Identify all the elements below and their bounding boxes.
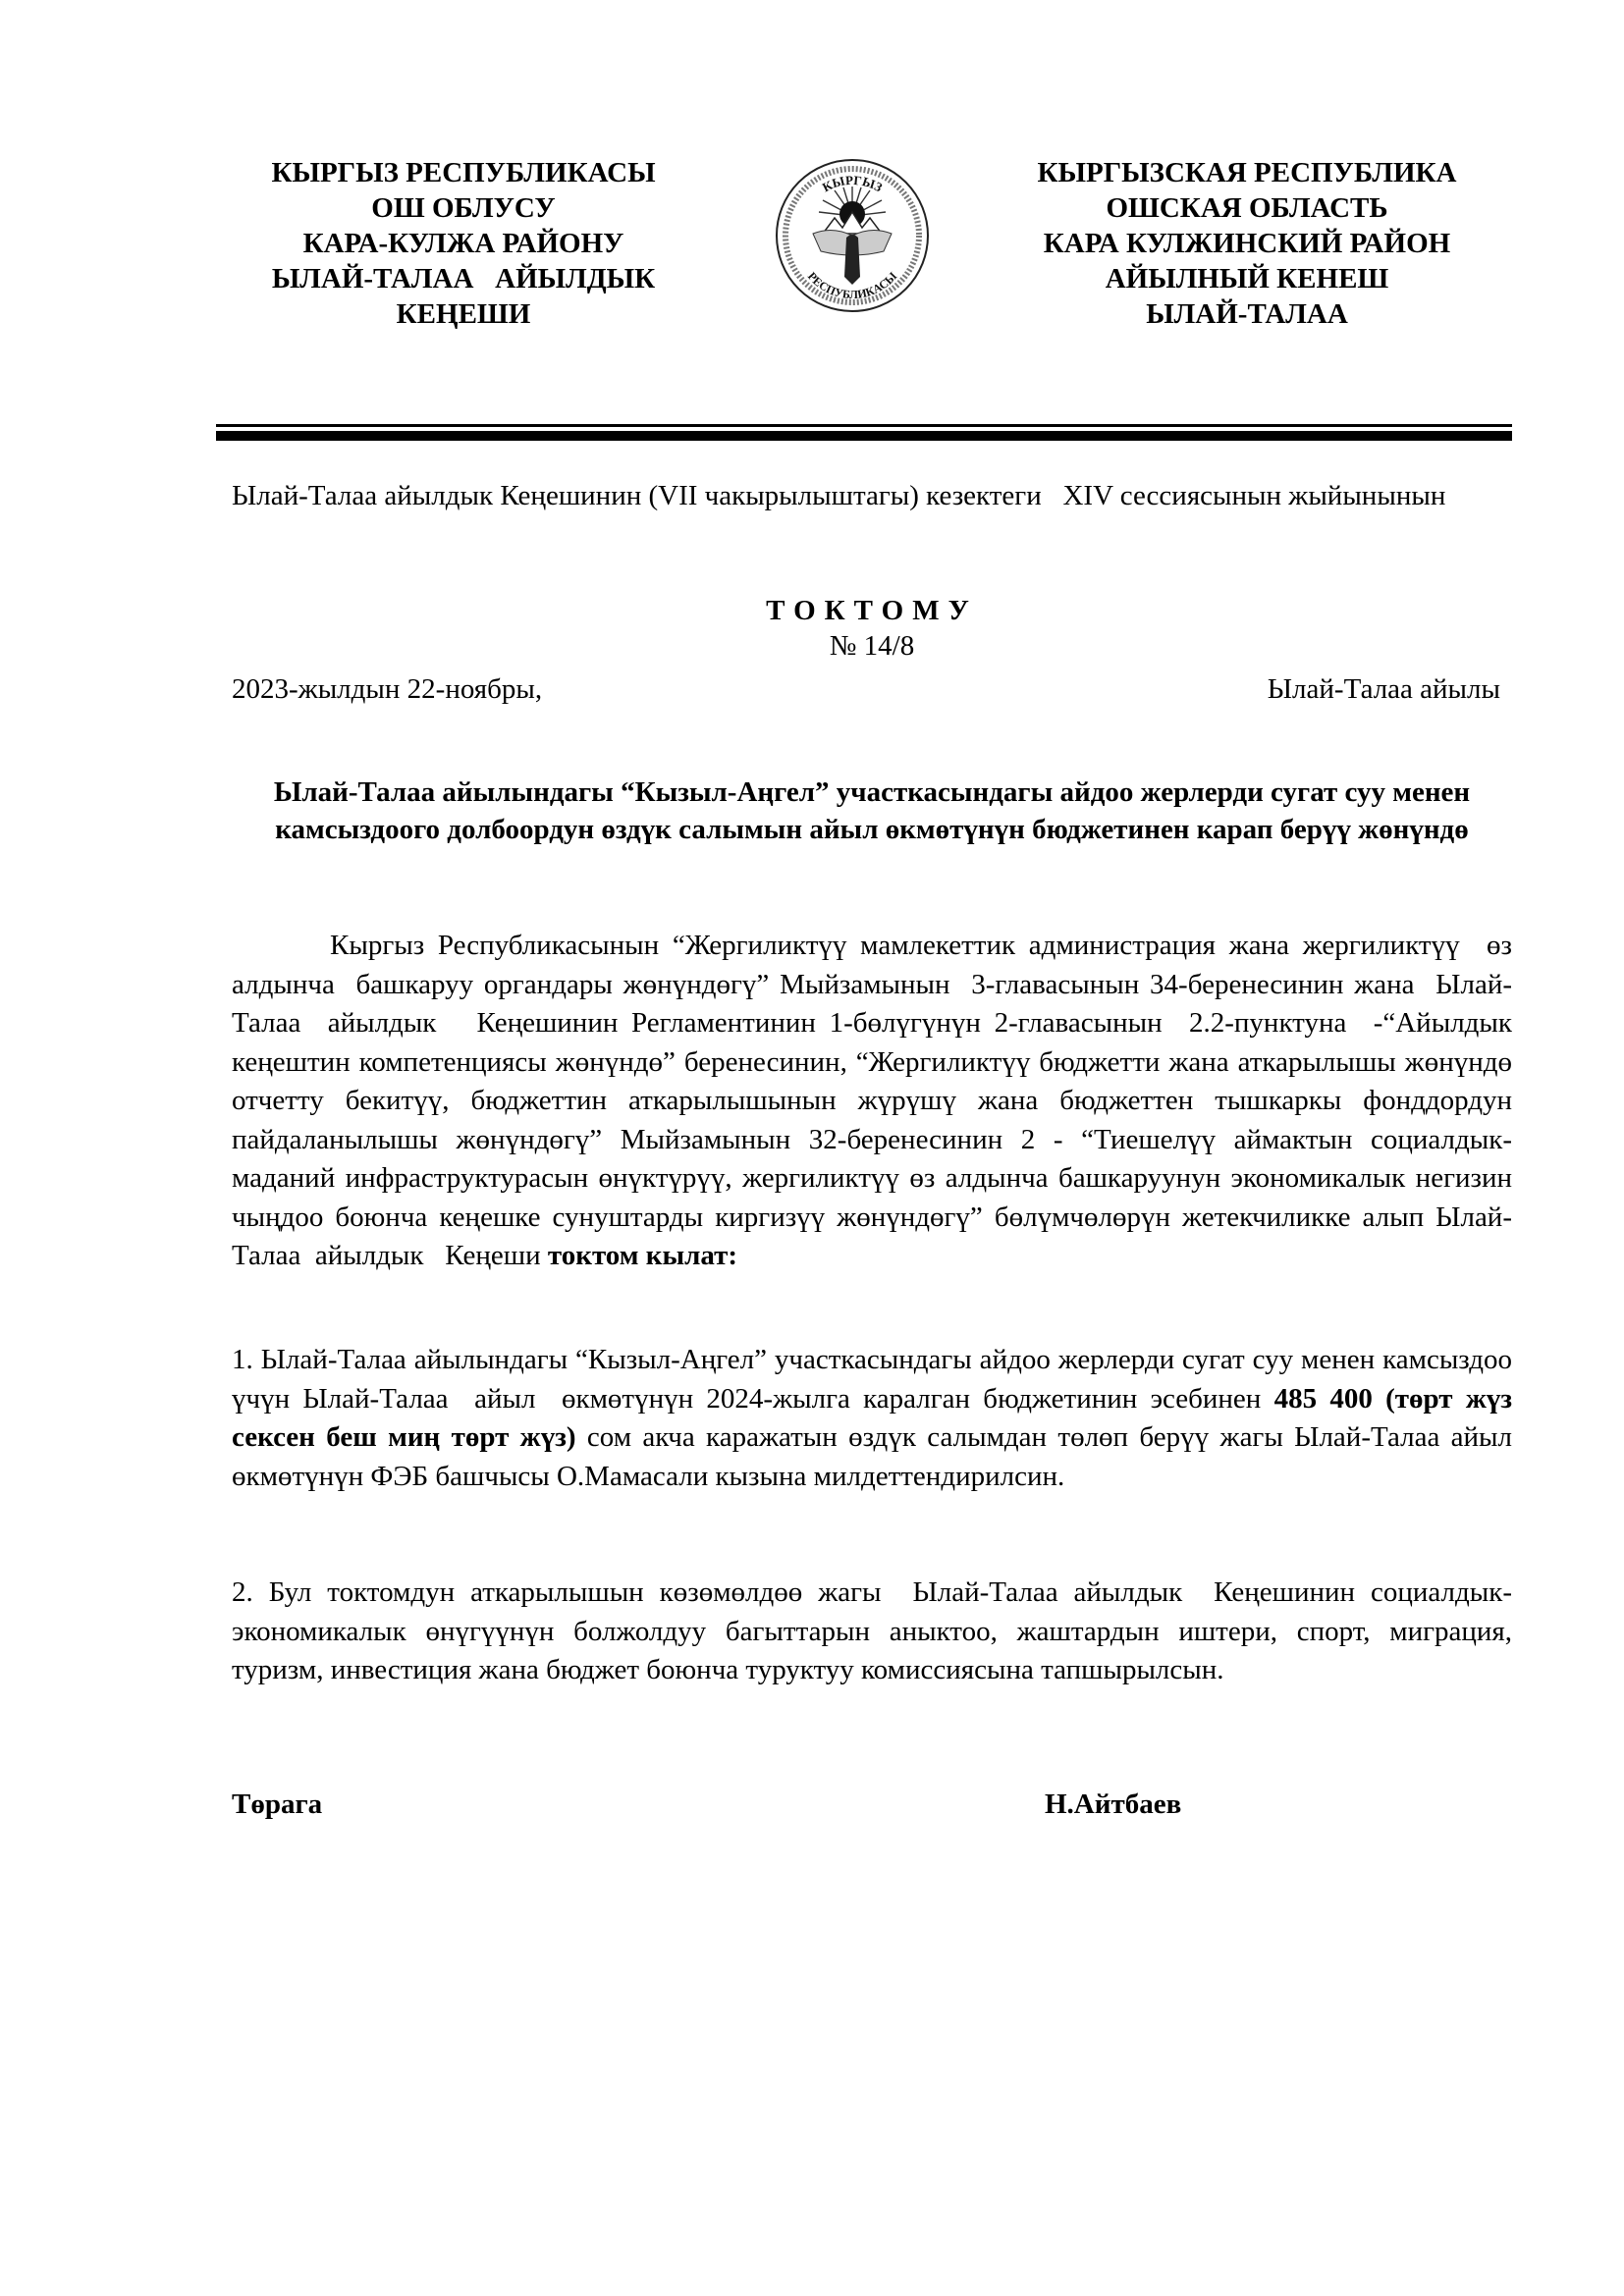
header-left-line: ЫЛАЙ-ТАЛАА АЙЫЛДЫК	[208, 261, 719, 296]
header-right-line: КАРА КУЛЖИНСКИЙ РАЙОН	[982, 226, 1512, 261]
document-place: Ылай-Талаа айылы	[1268, 671, 1500, 707]
document-number: № 14/8	[232, 628, 1512, 664]
signature-name: Н.Айтбаев	[1045, 1789, 1181, 1821]
header-left-line: КЕҢЕШИ	[208, 296, 719, 332]
header-divider-thick	[216, 431, 1512, 441]
date-place-row: 2023-жылдын 22-ноябры, Ылай-Талаа айылы	[232, 671, 1512, 707]
document-type: ТОКТОМУ	[232, 593, 1512, 628]
header-right-line: АЙЫЛНЫЙ КЕНЕШ	[982, 261, 1512, 296]
header-right-line: ЫЛАЙ-ТАЛАА	[982, 296, 1512, 332]
preamble-text: Кыргыз Республикасынын “Жергиликтүү мамл…	[232, 930, 1519, 1271]
header-left-line: ОШ ОБЛУСУ	[208, 190, 719, 226]
header-right-line: КЫРГЫЗСКАЯ РЕСПУБЛИКА	[982, 155, 1512, 190]
resolution-item-1: 1. Ылай-Талаа айылындагы “Кызыл-Аңгел” у…	[232, 1341, 1512, 1496]
signature-role: Төрага	[232, 1789, 322, 1821]
header-right-line: ОШСКАЯ ОБЛАСТЬ	[982, 190, 1512, 226]
preamble-resolution: токтом кылат:	[548, 1240, 737, 1271]
session-line: Ылай-Талаа айылдык Кеңешинин (VII чакыры…	[232, 477, 1512, 515]
header-divider-thin	[216, 424, 1512, 427]
header-left: КЫРГЫЗ РЕСПУБЛИКАСЫ ОШ ОБЛУСУ КАРА-КУЛЖА…	[208, 155, 719, 332]
resolution-item-2: 2. Бул токтомдун аткарылышын көзөмөлдөө …	[232, 1574, 1512, 1690]
header-right: КЫРГЫЗСКАЯ РЕСПУБЛИКА ОШСКАЯ ОБЛАСТЬ КАР…	[982, 155, 1512, 332]
document-subject: Ылай-Талаа айылындагы “Кызыл-Аңгел” учас…	[232, 774, 1512, 848]
document-date: 2023-жылдын 22-ноябры,	[232, 673, 542, 705]
header-left-line: КЫРГЫЗ РЕСПУБЛИКАСЫ	[208, 155, 719, 190]
item-text: 2. Бул токтомдун аткарылышын көзөмөлдөө …	[232, 1576, 1519, 1685]
header-left-line: КАРА-КУЛЖА РАЙОНУ	[208, 226, 719, 261]
state-emblem-icon: КЫРГЫЗ РЕСПУБЛИКАСЫ	[774, 157, 931, 314]
preamble: Кыргыз Республикасынын “Жергиликтүү мамл…	[232, 927, 1512, 1276]
